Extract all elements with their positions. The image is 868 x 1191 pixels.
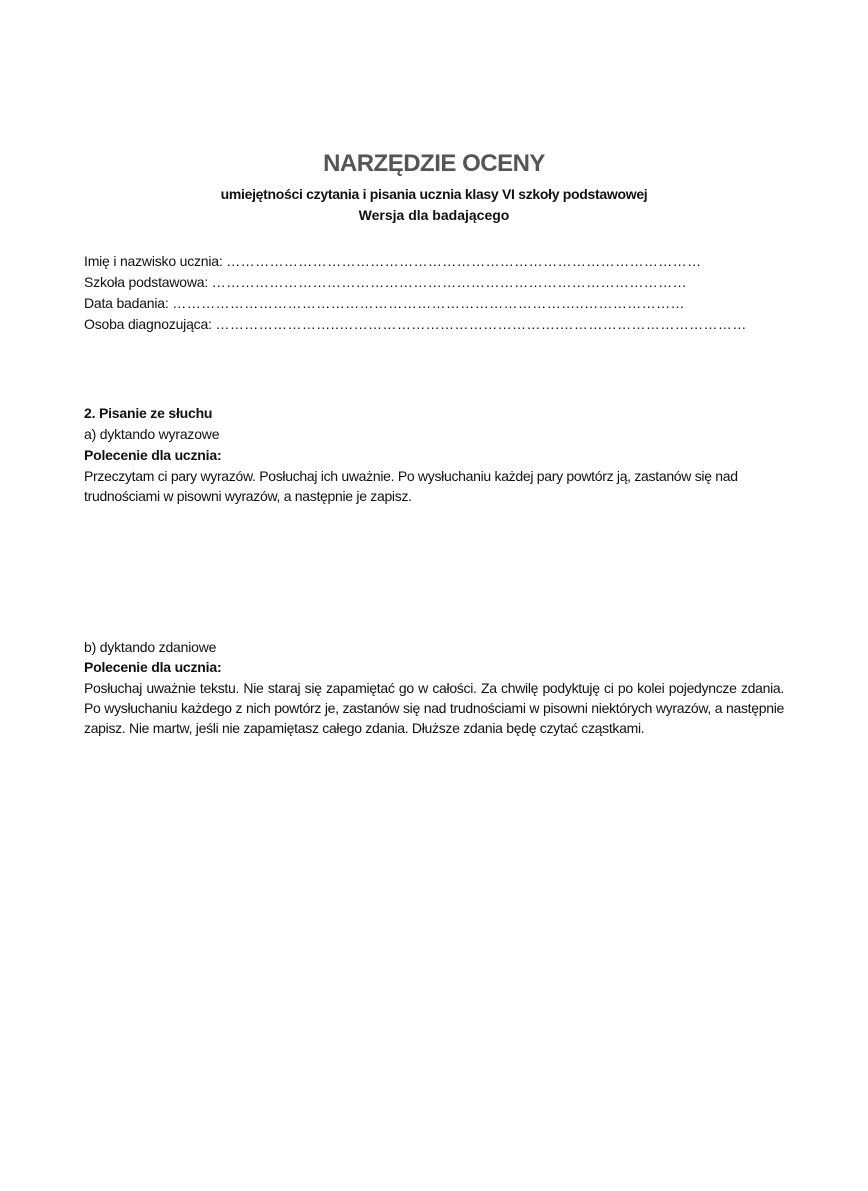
part-a-label: a) dyktando wyrazowe [84, 426, 219, 442]
document-title: NARZĘDZIE OCENY [0, 150, 868, 178]
part-b-instruction-text: Posłuchaj uważnie tekstu. Nie staraj się… [84, 678, 784, 738]
field-dots: …………………………………………………………………………..………………… [172, 295, 685, 311]
field-dots: ……………………..……………………………………….………………………………… [215, 316, 746, 332]
document-subtitle: umiejętności czytania i pisania ucznia k… [0, 186, 868, 202]
part-a-instruction-label: Polecenie dla ucznia: [84, 447, 221, 463]
field-examiner: Osoba diagnozująca: ……………………..…………………………… [84, 316, 765, 332]
part-b-instruction-label: Polecenie dla ucznia: [84, 659, 221, 675]
field-label: Imię i nazwisko ucznia: [84, 253, 223, 269]
part-a-instruction-text: Przeczytam ci pary wyrazów. Posłuchaj ic… [84, 466, 784, 506]
field-label: Data badania: [84, 295, 169, 311]
field-date: Data badania: ……………………………………………………………………… [84, 295, 762, 311]
field-dots: ……………………………………………………………………………………… [226, 253, 701, 269]
field-dots: ……………………………………………………………………………………… [212, 274, 687, 290]
field-school: Szkoła podstawowa: ………………………………………………………… [84, 274, 758, 290]
section-heading: 2. Pisanie ze słuchu [84, 405, 212, 421]
field-label: Osoba diagnozująca: [84, 316, 212, 332]
field-label: Szkoła podstawowa: [84, 274, 208, 290]
field-student-name: Imię i nazwisko ucznia: …………………………………………… [84, 253, 756, 269]
document-version: Wersja dla badającego [0, 207, 868, 223]
part-b-label: b) dyktando zdaniowe [84, 639, 216, 655]
